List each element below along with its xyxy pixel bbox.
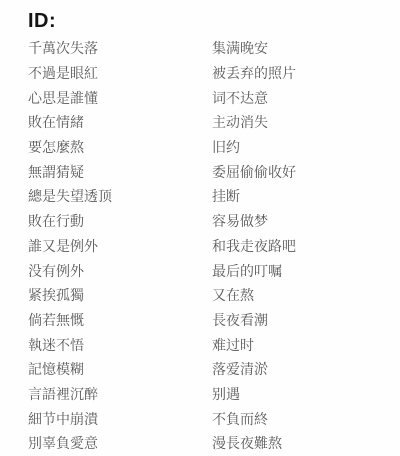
list-item: 紧挨孤獨 [28, 283, 212, 308]
column-right: 集满晚安 被丢弃的照片 词不达意 主动消失 旧约 委屈偷偷收好 挂断 容易做梦 … [212, 36, 400, 456]
list-item: 千萬次失落 [28, 36, 212, 61]
list-item: 別辜負愛意 [28, 431, 212, 456]
list-item: 不負而終 [212, 406, 400, 431]
list-item: 最后的叮嘱 [212, 258, 400, 283]
column-left: 千萬次失落 不過是眼紅 心思是誰懂 敗在情緒 要怎麼熬 無謂猜疑 總是失望透顶 … [28, 36, 212, 456]
list-item: 不過是眼紅 [28, 61, 212, 86]
list-item: 词不达意 [212, 85, 400, 110]
list-item: 敗在行動 [28, 209, 212, 234]
list-item: 言語裡沉醉 [28, 382, 212, 407]
list-item: 執迷不悟 [28, 332, 212, 357]
list-item: 倘若無慨 [28, 308, 212, 333]
list-item: 要怎麼熬 [28, 135, 212, 160]
list-item: 没有例外 [28, 258, 212, 283]
list-item: 誰又是例外 [28, 234, 212, 259]
list-item: 總是失望透顶 [28, 184, 212, 209]
list-item: 又在熬 [212, 283, 400, 308]
list-item: 别遇 [212, 382, 400, 407]
list-item: 落爱清淤 [212, 357, 400, 382]
page: ID: 千萬次失落 不過是眼紅 心思是誰懂 敗在情緒 要怎麼熬 無謂猜疑 總是失… [0, 0, 400, 456]
list-item: 难过时 [212, 332, 400, 357]
list-item: 挂断 [212, 184, 400, 209]
list-item: 記憶模糊 [28, 357, 212, 382]
list-item: 長夜看潮 [212, 308, 400, 333]
list-item: 委屈偷偷收好 [212, 159, 400, 184]
list-item: 無謂猜疑 [28, 159, 212, 184]
list-item: 容易做梦 [212, 209, 400, 234]
page-title: ID: [28, 8, 400, 34]
list-item: 被丢弃的照片 [212, 61, 400, 86]
list-item: 集满晚安 [212, 36, 400, 61]
list-item: 心思是誰懂 [28, 85, 212, 110]
list-item: 旧约 [212, 135, 400, 160]
list-item: 主动消失 [212, 110, 400, 135]
list-item: 敗在情緒 [28, 110, 212, 135]
list-item: 漫長夜難熬 [212, 431, 400, 456]
list-item: 細节中崩潰 [28, 406, 212, 431]
id-list: 千萬次失落 不過是眼紅 心思是誰懂 敗在情緒 要怎麼熬 無謂猜疑 總是失望透顶 … [28, 36, 400, 456]
list-item: 和我走夜路吧 [212, 234, 400, 259]
